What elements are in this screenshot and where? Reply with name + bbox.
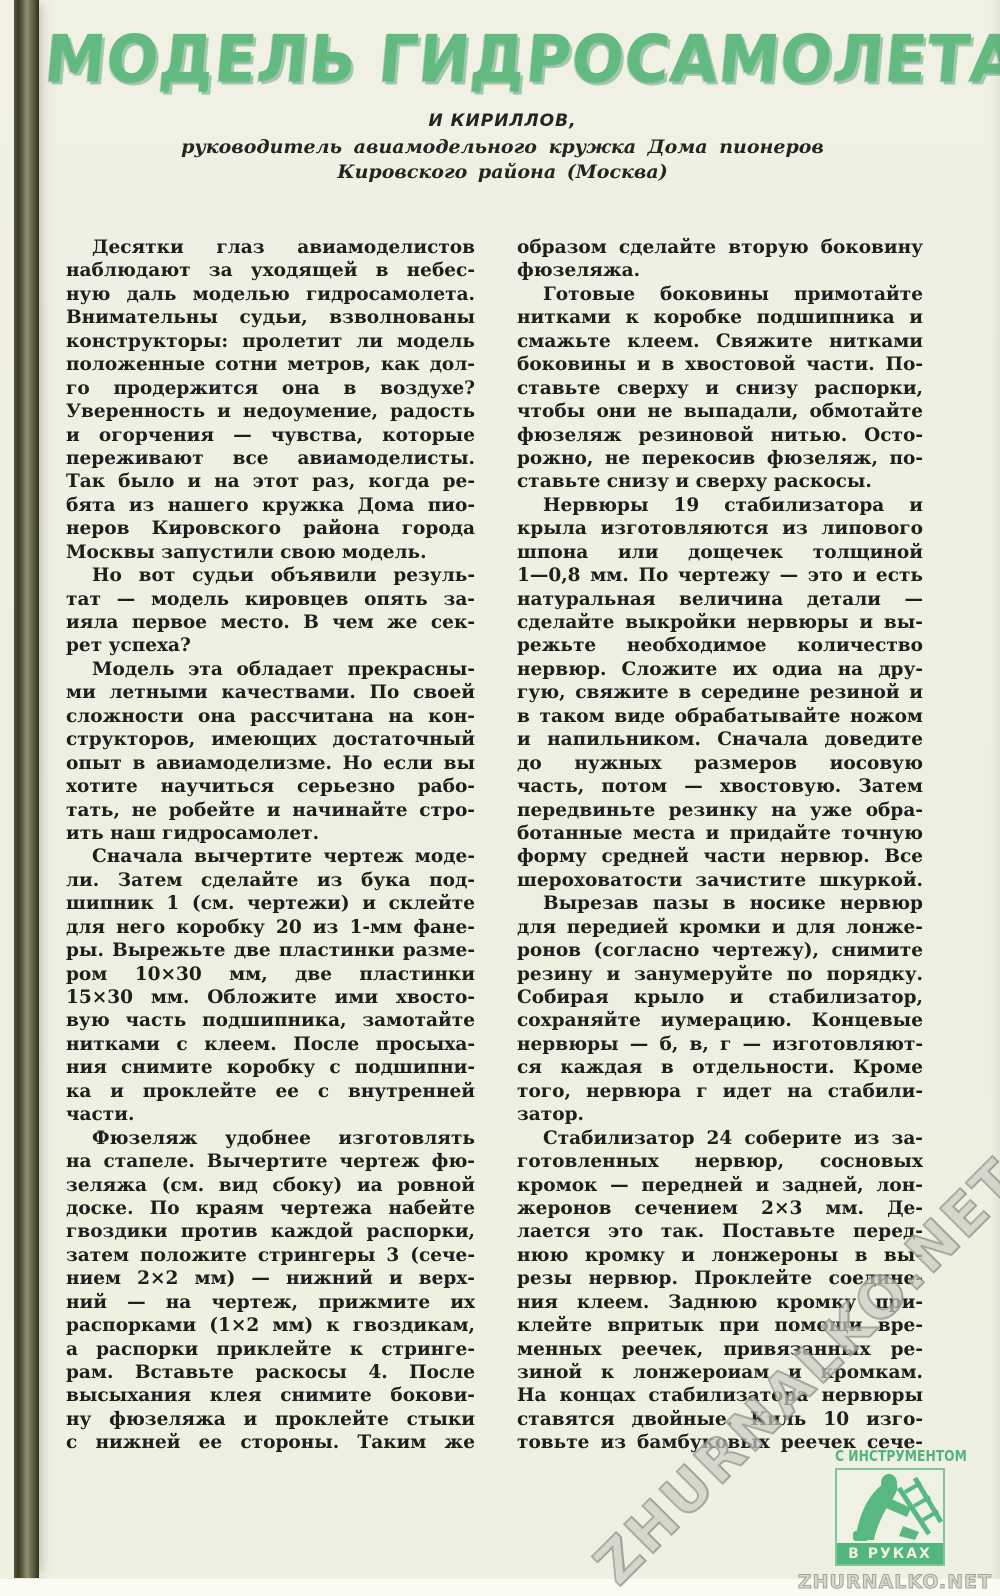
- text-line: нервюры — б, в, г — изготовляют-: [517, 1033, 923, 1056]
- text-line: готовленных нервюр, сосновых: [517, 1150, 923, 1173]
- text-line: го продержится она в воздухе?: [66, 377, 475, 400]
- author-organization: Кировского района (Москва): [45, 161, 960, 183]
- text-line: чтобы они не выпадали, обмотайте: [517, 400, 923, 423]
- article-header: МОДЕЛЬ ГИДРОСАМОЛЕТА И КИРИЛЛОВ, руковод…: [45, 0, 960, 183]
- text-line: ставьте снизу и сверху раскосы.: [517, 470, 923, 493]
- text-line: ить наш гидросамолет.: [66, 822, 475, 845]
- text-line: положенные сотни метров, как дол-: [66, 353, 475, 376]
- text-line: в таком виде обрабатывайте ножом: [517, 705, 923, 728]
- text-line: шипник 1 (см. чертежи) и склейте: [66, 892, 475, 915]
- worker-with-ladder-icon: [837, 1470, 943, 1543]
- magazine-page: МОДЕЛЬ ГИДРОСАМОЛЕТА И КИРИЛЛОВ, руковод…: [0, 0, 1000, 1596]
- text-line: с нижней ее стороны. Таким же: [66, 1431, 475, 1454]
- corner-watermark: ZHURNALKO.NET: [798, 1571, 992, 1593]
- text-line: нием 2×2 мм) — нижний и верх-: [66, 1267, 475, 1290]
- text-line: вую часть подшипника, замотайте: [66, 1009, 475, 1032]
- text-line: нитками с клеем. После просыха-: [66, 1033, 475, 1056]
- text-line: и огорчения — чувства, которые: [66, 424, 475, 447]
- text-line: Готовые боковины примотайте: [517, 283, 923, 306]
- text-line: сделайте выкройки нервюры и вы-: [517, 611, 923, 634]
- text-line: того, нервюра г идет на стабили-: [517, 1080, 923, 1103]
- text-line: для передией кромки и для лонже-: [517, 916, 923, 939]
- text-line: распорками (1×2 мм) к гвоздикам,: [66, 1314, 475, 1337]
- text-line: рет успеха?: [66, 634, 475, 657]
- text-line: структоров, имеющих достаточный: [66, 728, 475, 751]
- text-line: ставьте сверху и снизу распорки,: [517, 377, 923, 400]
- text-line: ную даль моделью гидросамолета.: [66, 283, 475, 306]
- text-line: зиной к лонжероиам и кромкам.: [517, 1361, 923, 1384]
- text-line: ронов (согласно чертежу), снимите: [517, 939, 923, 962]
- text-line: Модель эта обладает прекрасны-: [66, 658, 475, 681]
- text-line: шероховатости зачистите шкуркой.: [517, 869, 923, 892]
- text-line: ли. Затем сделайте из бука под-: [66, 869, 475, 892]
- text-line: лается это так. Поставьте перед-: [517, 1220, 923, 1243]
- text-line: Так было и на этот раз, когда ре-: [66, 470, 475, 493]
- text-line: ром 10×30 мм, две пластинки: [66, 963, 475, 986]
- text-line: гвоздики против каждой распорки,: [66, 1220, 475, 1243]
- text-line: фюзеляжа.: [517, 259, 923, 282]
- text-line: фюзеляж резиновой нитью. Осто-: [517, 424, 923, 447]
- text-line: клейте впритык при помощи вре-: [517, 1314, 923, 1337]
- text-line: натуральная величина детали —: [517, 588, 923, 611]
- text-line: передвиньте резинку на уже обра-: [517, 799, 923, 822]
- text-line: форму средней части нервюр. Все: [517, 845, 923, 868]
- text-line: рам. Вставьте раскосы 4. После: [66, 1361, 475, 1384]
- text-line: Нервюры 19 стабилизатора и: [517, 494, 923, 517]
- text-line: 1—0,8 мм. По чертежу — это и есть: [517, 564, 923, 587]
- text-line: менных реечек, привязанных ре-: [517, 1338, 923, 1361]
- text-line: ния снимите коробку с подшипни-: [66, 1056, 475, 1079]
- text-line: тать, не робейте и начинайте стро-: [66, 799, 475, 822]
- text-line: затор.: [517, 1103, 923, 1126]
- text-line: На концах стабилизатора нервюры: [517, 1384, 923, 1407]
- article-title: МОДЕЛЬ ГИДРОСАМОЛЕТА: [42, 22, 964, 97]
- text-line: ний — на чертеж, прижмите их: [66, 1291, 475, 1314]
- text-line: сложности она рассчитана на кон-: [66, 705, 475, 728]
- author-role: руководитель авиамодельного кружка Дома …: [45, 136, 960, 158]
- text-line: часть, потом — хвостовую. Затем: [517, 775, 923, 798]
- text-line: для него коробку 20 из 1-мм фане-: [66, 916, 475, 939]
- text-line: боковины и в хвостовой части. По-: [517, 353, 923, 376]
- text-line: Москвы запустили свою модель.: [66, 541, 475, 564]
- text-line: гую, свяжите в середине резиной и: [517, 681, 923, 704]
- text-line: Собирая крыло и стабилизатор,: [517, 986, 923, 1009]
- author-name: И КИРИЛЛОВ,: [45, 111, 960, 131]
- text-line: образом сделайте вторую боковину: [517, 236, 923, 259]
- text-line: неров Кировского района города: [66, 517, 475, 540]
- text-line: Сначала вычертите чертеж моде-: [66, 845, 475, 868]
- text-line: жеронов сечением 2×3 мм. Де-: [517, 1197, 923, 1220]
- stamp-box: В РУКАХ: [835, 1468, 945, 1566]
- stamp-bottom-label: В РУКАХ: [837, 1543, 943, 1564]
- text-line: до нужных размеров иосовую: [517, 752, 923, 775]
- text-line: 15×30 мм. Обложите ими хвосто-: [66, 986, 475, 1009]
- text-line: зеляжа (см. вид сбоку) иа ровной: [66, 1174, 475, 1197]
- text-line: переживают все авиамоделисты.: [66, 447, 475, 470]
- text-line: Стабилизатор 24 соберите из за-: [517, 1127, 923, 1150]
- text-line: опыт в авиамоделизме. Но если вы: [66, 752, 475, 775]
- text-line: резину и занумеруйте по порядку.: [517, 963, 923, 986]
- text-line: части.: [66, 1103, 475, 1126]
- text-line: ботанные места и придайте точную: [517, 822, 923, 845]
- text-line: нюю кромку и лонжероны в вы-: [517, 1244, 923, 1267]
- text-line: тат — модель кировцев опять за-: [66, 588, 475, 611]
- text-line: хотите научиться серьезно рабо-: [66, 775, 475, 798]
- text-line: режьте необходимое количество: [517, 634, 923, 657]
- text-line: затем положите стрингеры 3 (сече-: [66, 1244, 475, 1267]
- text-line: конструкторы: пролетит ли модель: [66, 330, 475, 353]
- text-line: доске. По краям чертежа набейте: [66, 1197, 475, 1220]
- text-line: нитками к коробке подшипника и: [517, 306, 923, 329]
- text-line: кромок — передней и задней, лон-: [517, 1174, 923, 1197]
- text-line: Уверенность и недоумение, радость: [66, 400, 475, 423]
- text-line: ну фюзеляжа и проклейте стыки: [66, 1408, 475, 1431]
- text-line: Внимательны судьи, взволнованы: [66, 306, 475, 329]
- binding-strip: [14, 0, 39, 1578]
- text-line: Но вот судьи объявили резуль-: [66, 564, 475, 587]
- text-line: высыхания клея снимите бокови-: [66, 1384, 475, 1407]
- text-line: нервюр. Сложите их одиа на дру-: [517, 658, 923, 681]
- text-line: а распорки приклейте к стринге-: [66, 1338, 475, 1361]
- left-text-column: Десятки глаз авиамоделистовнаблюдают за …: [66, 236, 475, 1455]
- tools-in-hands-stamp: С ИНСТРУМЕНТОМ: [835, 1447, 953, 1566]
- text-line: крыла изготовляются из липового: [517, 517, 923, 540]
- text-line: резы нервюр. Проклейте соедине-: [517, 1267, 923, 1290]
- text-line: ся каждая в отдельности. Кроме: [517, 1056, 923, 1079]
- right-text-column: образом сделайте вторую боковинуфюзеляжа…: [517, 236, 923, 1455]
- text-line: Вырезав пазы в носике нервюр: [517, 892, 923, 915]
- text-line: смажьте клеем. Свяжите нитками: [517, 330, 923, 353]
- text-line: ияла первое место. В чем же сек-: [66, 611, 475, 634]
- text-line: сохраняйте иумерацию. Концевые: [517, 1009, 923, 1032]
- text-line: на стапеле. Вычертите чертеж фю-: [66, 1150, 475, 1173]
- text-line: рожно, не перекосив фюзеляж, по-: [517, 447, 923, 470]
- text-line: Фюзеляж удобнее изготовлять: [66, 1127, 475, 1150]
- text-line: ка и проклейте ее с внутренней: [66, 1080, 475, 1103]
- text-line: наблюдают за уходящей в небес-: [66, 259, 475, 282]
- text-line: Десятки глаз авиамоделистов: [66, 236, 475, 259]
- text-line: бята из нашего кружка Дома пио-: [66, 494, 475, 517]
- stamp-top-label: С ИНСТРУМЕНТОМ: [835, 1447, 932, 1465]
- text-line: ры. Вырежьте две пластинки разме-: [66, 939, 475, 962]
- text-line: и напильником. Сначала доведите: [517, 728, 923, 751]
- text-line: шпона или дощечек толщиной: [517, 541, 923, 564]
- text-line: ми летными качествами. По своей: [66, 681, 475, 704]
- text-line: ния клеем. Заднюю кромку при-: [517, 1291, 923, 1314]
- text-line: ставятся двойные. Киль 10 изго-: [517, 1408, 923, 1431]
